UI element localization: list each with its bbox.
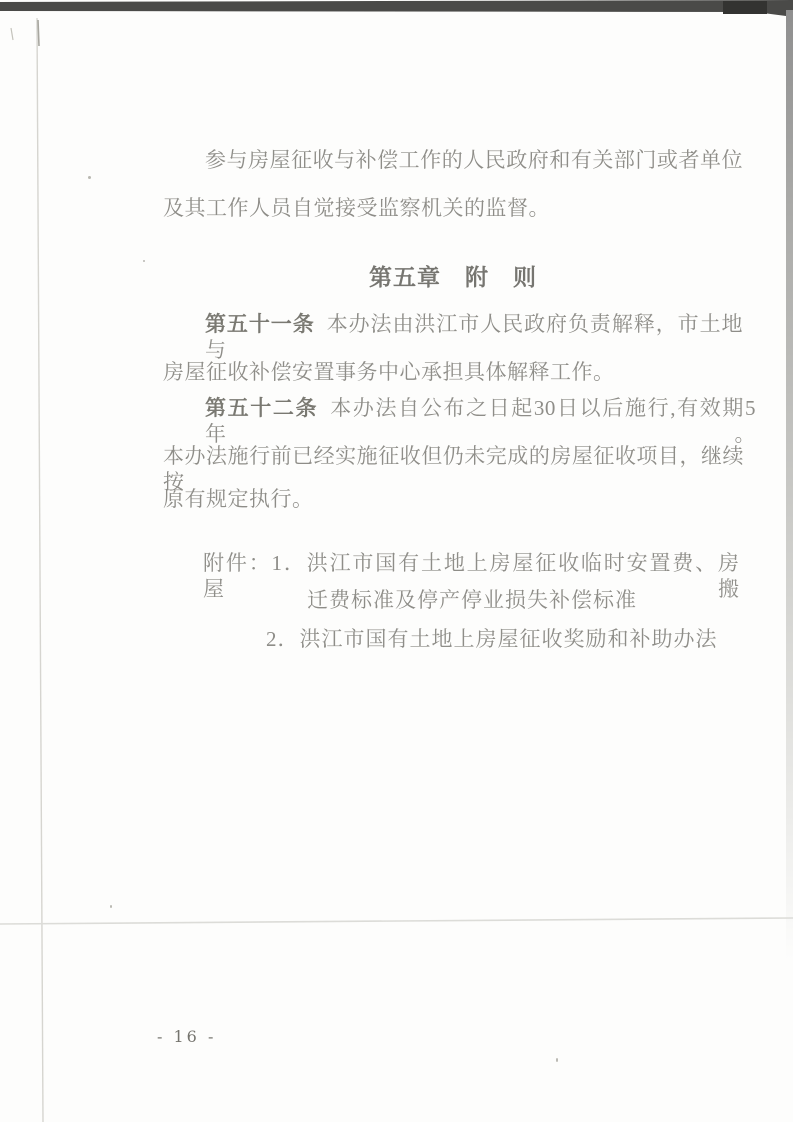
attachment-item-2: 2．洪江市国有土地上房屋征收奖励和补助办法 [266, 626, 718, 652]
paragraph-line: 及其工作人员自觉接受监察机关的监督。 [163, 195, 550, 221]
scan-speck [110, 905, 112, 908]
article-52-line: 第五十二条本办法自公布之日起30日以后施行,有效期5年。 [205, 395, 756, 447]
scan-speck [88, 176, 91, 179]
attachment-item-1-line-2: 迁费标准及停产停业损失补偿标准 [307, 587, 637, 613]
scan-tick-mark [38, 20, 39, 46]
scan-fold-line-vertical [37, 18, 43, 1122]
scan-speck [143, 260, 145, 262]
article-51-line: 第五十一条本办法由洪江市人民政府负责解释，市土地与 [205, 311, 743, 363]
article-51-number: 第五十一条 [205, 312, 315, 336]
scan-top-edge [0, 0, 793, 20]
scan-speck [556, 1058, 558, 1062]
page-number: - 16 - [157, 1027, 216, 1046]
paragraph-line: 参与房屋征收与补偿工作的人民政府和有关部门或者单位 [205, 147, 743, 173]
article-52-number: 第五十二条 [205, 396, 318, 420]
scan-top-edge-blob [723, 1, 767, 14]
scan-tick-mark [11, 28, 13, 40]
article-52-line: 原有规定执行。 [163, 486, 314, 512]
scanned-document-page: 参与房屋征收与补偿工作的人民政府和有关部门或者单位 及其工作人员自觉接受监察机关… [0, 0, 793, 1122]
scan-fold-line-horizontal [0, 918, 793, 924]
scan-right-edge-shadow [786, 10, 793, 960]
article-51-line: 房屋征收补偿安置事务中心承担具体解释工作。 [163, 359, 615, 385]
chapter-heading: 第五章 附 则 [163, 265, 743, 291]
